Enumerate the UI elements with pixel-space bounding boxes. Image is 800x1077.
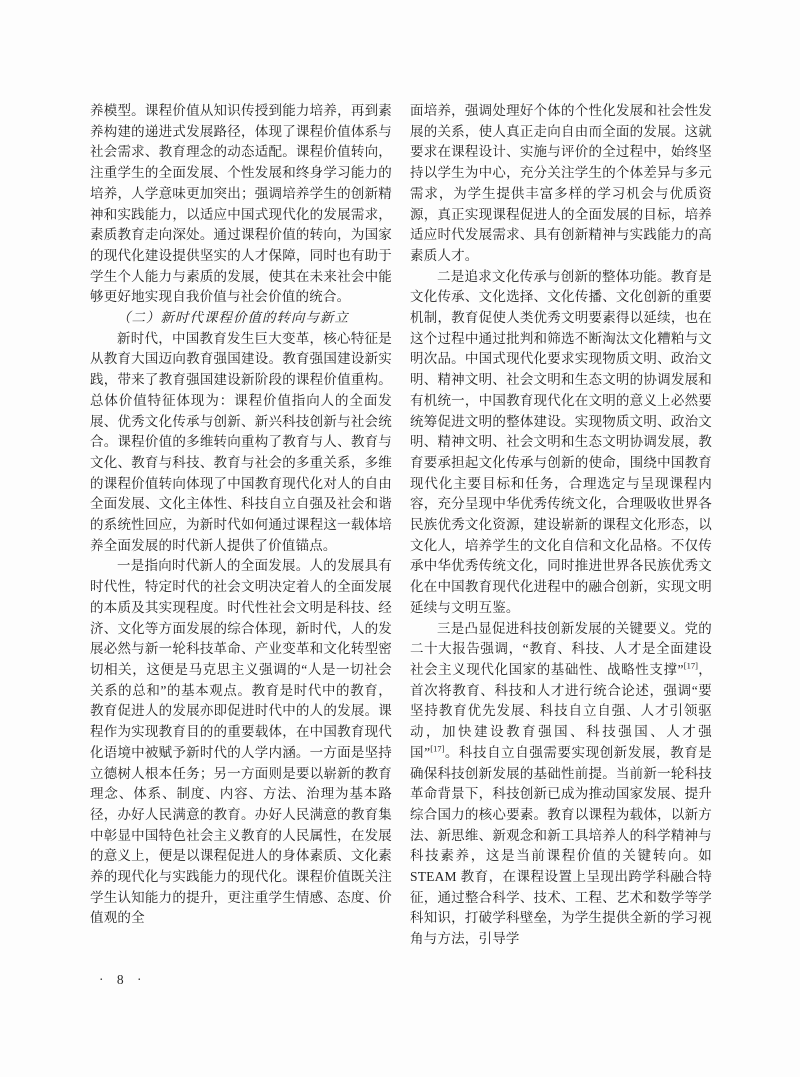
citation-marker: [17] [684, 660, 698, 670]
continuation-paragraph: 养模型。课程价值从知识传授到能力培养，再到素养构建的递进式发展路径，体现了课程价… [90, 101, 392, 308]
citation-marker: [17] [430, 743, 444, 753]
page-number: · 8 · [99, 972, 147, 988]
paragraph-new-era: 新时代，中国教育发生巨大变革，核心特征是从教育大国迈向教育强国建设。教育强国建设… [90, 329, 392, 557]
journal-page: 养模型。课程价值从知识传授到能力培养，再到素养构建的递进式发展路径，体现了课程价… [0, 0, 800, 1077]
paragraph-text: 三是凸显促进科技创新发展的关键要义。党的二十大报告强调，“教育、科技、人才是全面… [410, 621, 712, 677]
paragraph-point-one: 一是指向时代新人的全面发展。人的发展具有时代性，特定时代的社会文明决定着人的全面… [90, 556, 392, 929]
paragraph-point-three: 三是凸显促进科技创新发展的关键要义。党的二十大报告强调，“教育、科技、人才是全面… [410, 619, 712, 950]
paragraph-text: 。科技自立自强需要实现创新发展，教育是确保科技创新发展的基础性前提。当前新一轮科… [410, 745, 712, 946]
continuation-paragraph: 面培养，强调处理好个体的个性化发展和社会性发展的关系，使人真正走向自由而全面的发… [410, 101, 712, 267]
left-column: 养模型。课程价值从知识传授到能力培养，再到素养构建的递进式发展路径，体现了课程价… [90, 101, 392, 973]
paragraph-point-two: 二是追求文化传承与创新的整体功能。教育是文化传承、文化选择、文化传播、文化创新的… [410, 267, 712, 619]
right-column: 面培养，强调处理好个体的个性化发展和社会性发展的关系，使人真正走向自由而全面的发… [410, 101, 712, 973]
section-heading: （二）新时代课程价值的转向与新立 [90, 308, 392, 329]
